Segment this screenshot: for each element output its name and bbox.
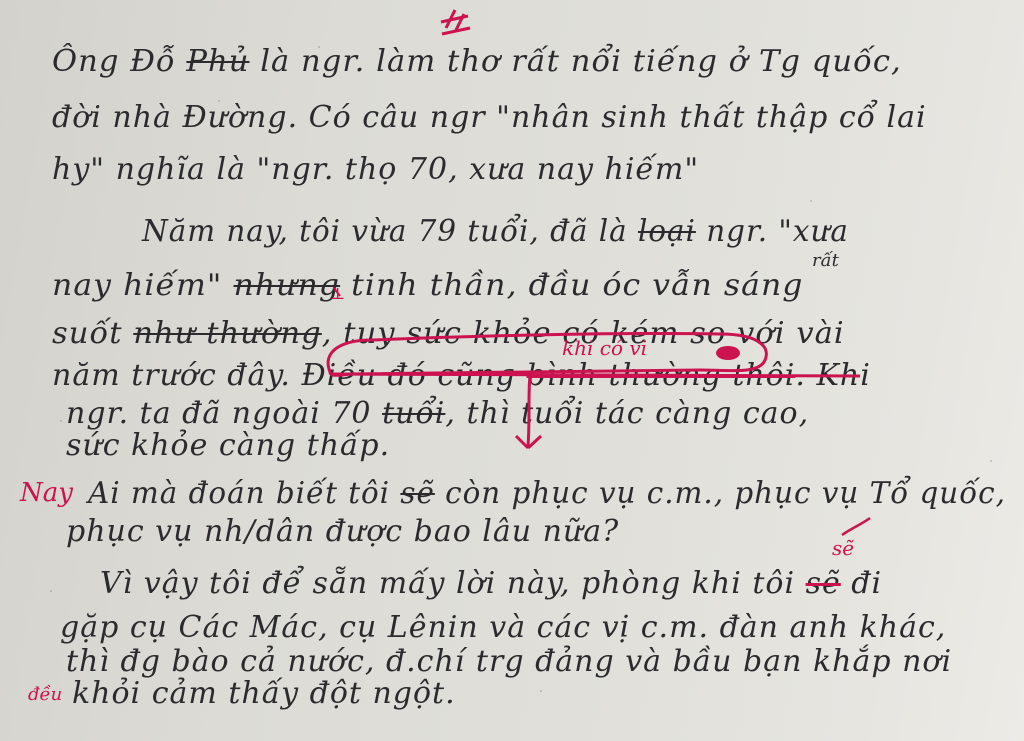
paper-speck: [990, 460, 992, 462]
manuscript-line-1: Ông Đỗ Phủ là ngr. làm thơ rất nổi tiếng…: [52, 44, 902, 79]
paper-speck: [60, 420, 62, 422]
manuscript-line-12: Vì vậy tôi để sẵn mấy lời này, phòng khi…: [100, 566, 882, 601]
manuscript-line-8: ngr. ta đã ngoài 70 tuổi, thì tuổi tác c…: [66, 396, 809, 431]
text-segment: , thì tuổi tác càng cao,: [445, 396, 809, 431]
text-segment: đi: [841, 566, 882, 601]
paper-speck: [540, 690, 542, 692]
red-insertion-khi-co-vi: khi có vi: [562, 336, 647, 360]
text-segment: suốt: [52, 316, 133, 351]
struck-word: nhưng: [234, 268, 341, 303]
insertion-rat: rất: [812, 250, 839, 271]
manuscript-line-11: phục vụ nh/dân được bao lâu nữa?: [66, 514, 619, 549]
text-segment: đời nhà Đường. Có câu ngr "nhân sinh thấ…: [52, 100, 927, 135]
struck-word: Phủ: [186, 44, 249, 79]
text-segment: nay hiếm": [52, 268, 234, 303]
struck-word: sẽ: [400, 476, 434, 511]
struck-word: tuổi: [382, 396, 445, 431]
red-struck-phrase: bình thường thôi: [527, 358, 796, 393]
text-segment: Vì vậy tôi để sẵn mấy lời này, phòng khi…: [100, 566, 806, 601]
red-caret-mark: ⊥: [330, 284, 345, 303]
text-segment: năm trước đây.: [52, 358, 301, 393]
manuscript-line-15: khỏi cảm thấy đột ngột.: [72, 676, 456, 711]
red-hash-mark: [441, 10, 470, 34]
text-segment: Năm nay, tôi vừa 79 tuổi, đã là: [142, 214, 638, 249]
text-segment: gặp cụ Các Mác, cụ Lênin và các vị c.m. …: [60, 610, 946, 645]
text-segment: sức khỏe càng thấp.: [66, 428, 390, 463]
struck-word: loại: [638, 214, 696, 249]
red-margin-note-nay: Nay: [20, 478, 73, 508]
text-segment: ngr. "xưa: [696, 214, 849, 249]
text-segment: . Khi: [795, 358, 870, 393]
text-segment: thì đg bào cả nước, đ.chí trg đảng và bầ…: [66, 644, 952, 679]
manuscript-line-9: sức khỏe càng thấp.: [66, 428, 390, 463]
text-segment: hy" nghĩa là "ngr. thọ 70, xưa nay hiếm": [52, 152, 699, 187]
red-margin-note-deu: đều: [28, 684, 62, 705]
manuscript-line-14: thì đg bào cả nước, đ.chí trg đảng và bầ…: [66, 644, 952, 679]
manuscript-line-7: năm trước đây. Điều đó cũng bình thường …: [52, 358, 871, 393]
red-insertion-se: sẽ: [832, 536, 854, 560]
manuscript-line-4: Năm nay, tôi vừa 79 tuổi, đã là loại ngr…: [142, 214, 849, 249]
paper-speck: [810, 200, 812, 202]
text-segment: là ngr. làm thơ rất nổi tiếng ở Tg quốc,: [249, 44, 901, 79]
text-segment: tinh thần, đầu óc vẫn sáng: [340, 268, 803, 303]
text-segment: còn phục vụ c.m., phục vụ Tổ quốc,: [435, 476, 1006, 511]
text-segment: khỏi cảm thấy đột ngột.: [72, 676, 456, 711]
text-segment: Ai mà đoán biết tôi: [88, 476, 400, 511]
manuscript-page: Ông Đỗ Phủ là ngr. làm thơ rất nổi tiếng…: [0, 0, 1024, 741]
text-segment: phục vụ nh/dân được bao lâu nữa?: [66, 514, 619, 549]
text-segment: ngr. ta đã ngoài 70: [66, 396, 382, 431]
struck-word: như thường: [133, 316, 321, 351]
circled-phrase: Điều đó cũng: [301, 358, 526, 393]
manuscript-line-13: gặp cụ Các Mác, cụ Lênin và các vị c.m. …: [60, 610, 946, 645]
manuscript-line-3: hy" nghĩa là "ngr. thọ 70, xưa nay hiếm": [52, 152, 699, 187]
manuscript-line-6: suốt như thường, tuy sức khỏe có kém so …: [52, 316, 845, 351]
text-segment: Ông Đỗ: [52, 44, 186, 79]
manuscript-line-2: đời nhà Đường. Có câu ngr "nhân sinh thấ…: [52, 100, 927, 135]
paper-speck: [50, 590, 52, 592]
red-struck-word: sẽ: [806, 566, 841, 601]
manuscript-line-10: Ai mà đoán biết tôi sẽ còn phục vụ c.m.,…: [88, 476, 1006, 511]
manuscript-line-5: nay hiếm" nhưng tinh thần, đầu óc vẫn sá…: [52, 268, 804, 303]
